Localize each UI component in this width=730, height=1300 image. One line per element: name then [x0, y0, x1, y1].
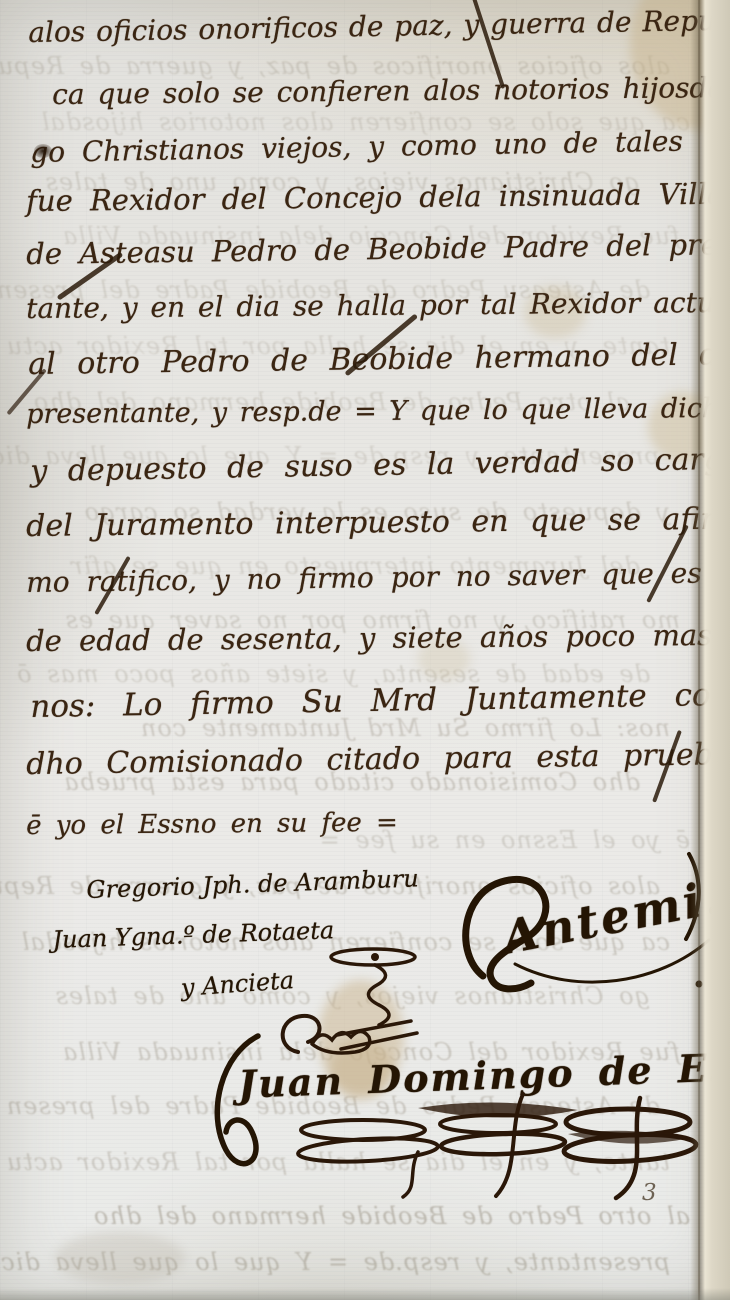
manuscript-line: de Asteasu Pedro de Beobide Padre del pr… — [26, 227, 730, 271]
manuscript-line: go Christianos viejos, y como uno de tal… — [30, 125, 683, 169]
manuscript-line: del Juramento interpuesto en que se afir — [26, 502, 715, 544]
page-fold-edge — [690, 0, 730, 1300]
manuscript-line: de edad de sesenta, y siete años poco ma… — [26, 618, 730, 658]
manuscript-line: nos: Lo firmo Su Mrd Juntamente con — [30, 677, 730, 725]
notary-ante-mi-mark: Antemi. — [455, 842, 727, 1022]
manuscript-line: dho Comisionado citado para esta prueba — [26, 737, 730, 782]
witness-signature: Gregorio Jph. de Aramburu — [86, 864, 419, 904]
manuscript-line: ca que solo se confieren alos notorios h… — [52, 71, 730, 111]
ink-blot — [34, 144, 52, 158]
page-bottom-edge — [0, 1288, 730, 1300]
manuscript-line: fue Rexidor del Concejo dela insinuada V… — [26, 177, 724, 218]
manuscript-line: presentante, y resp.de = Y que lo que ll… — [26, 393, 730, 430]
manuscript-line: y depuesto de suso es la verdad so cargo — [30, 442, 730, 489]
witness-signature: Juan Ygna.º de Rotaeta — [52, 916, 335, 954]
witness-signature: y Ancieta — [180, 966, 295, 1002]
manuscript-page: alos oficios onorificos de paz, y guerra… — [0, 0, 730, 1300]
manuscript-line: ē yo el Essno en su fee = — [26, 808, 398, 841]
manuscript-line: alos oficios onorificos de paz, y guerra… — [28, 3, 730, 49]
manuscript-line: tante, y en el dia se halla por tal Rexi… — [26, 286, 715, 325]
page-fold-crease — [698, 0, 700, 1300]
signature-rubric-flourish — [268, 1092, 698, 1204]
margin-numeral: 3 — [642, 1180, 657, 1206]
